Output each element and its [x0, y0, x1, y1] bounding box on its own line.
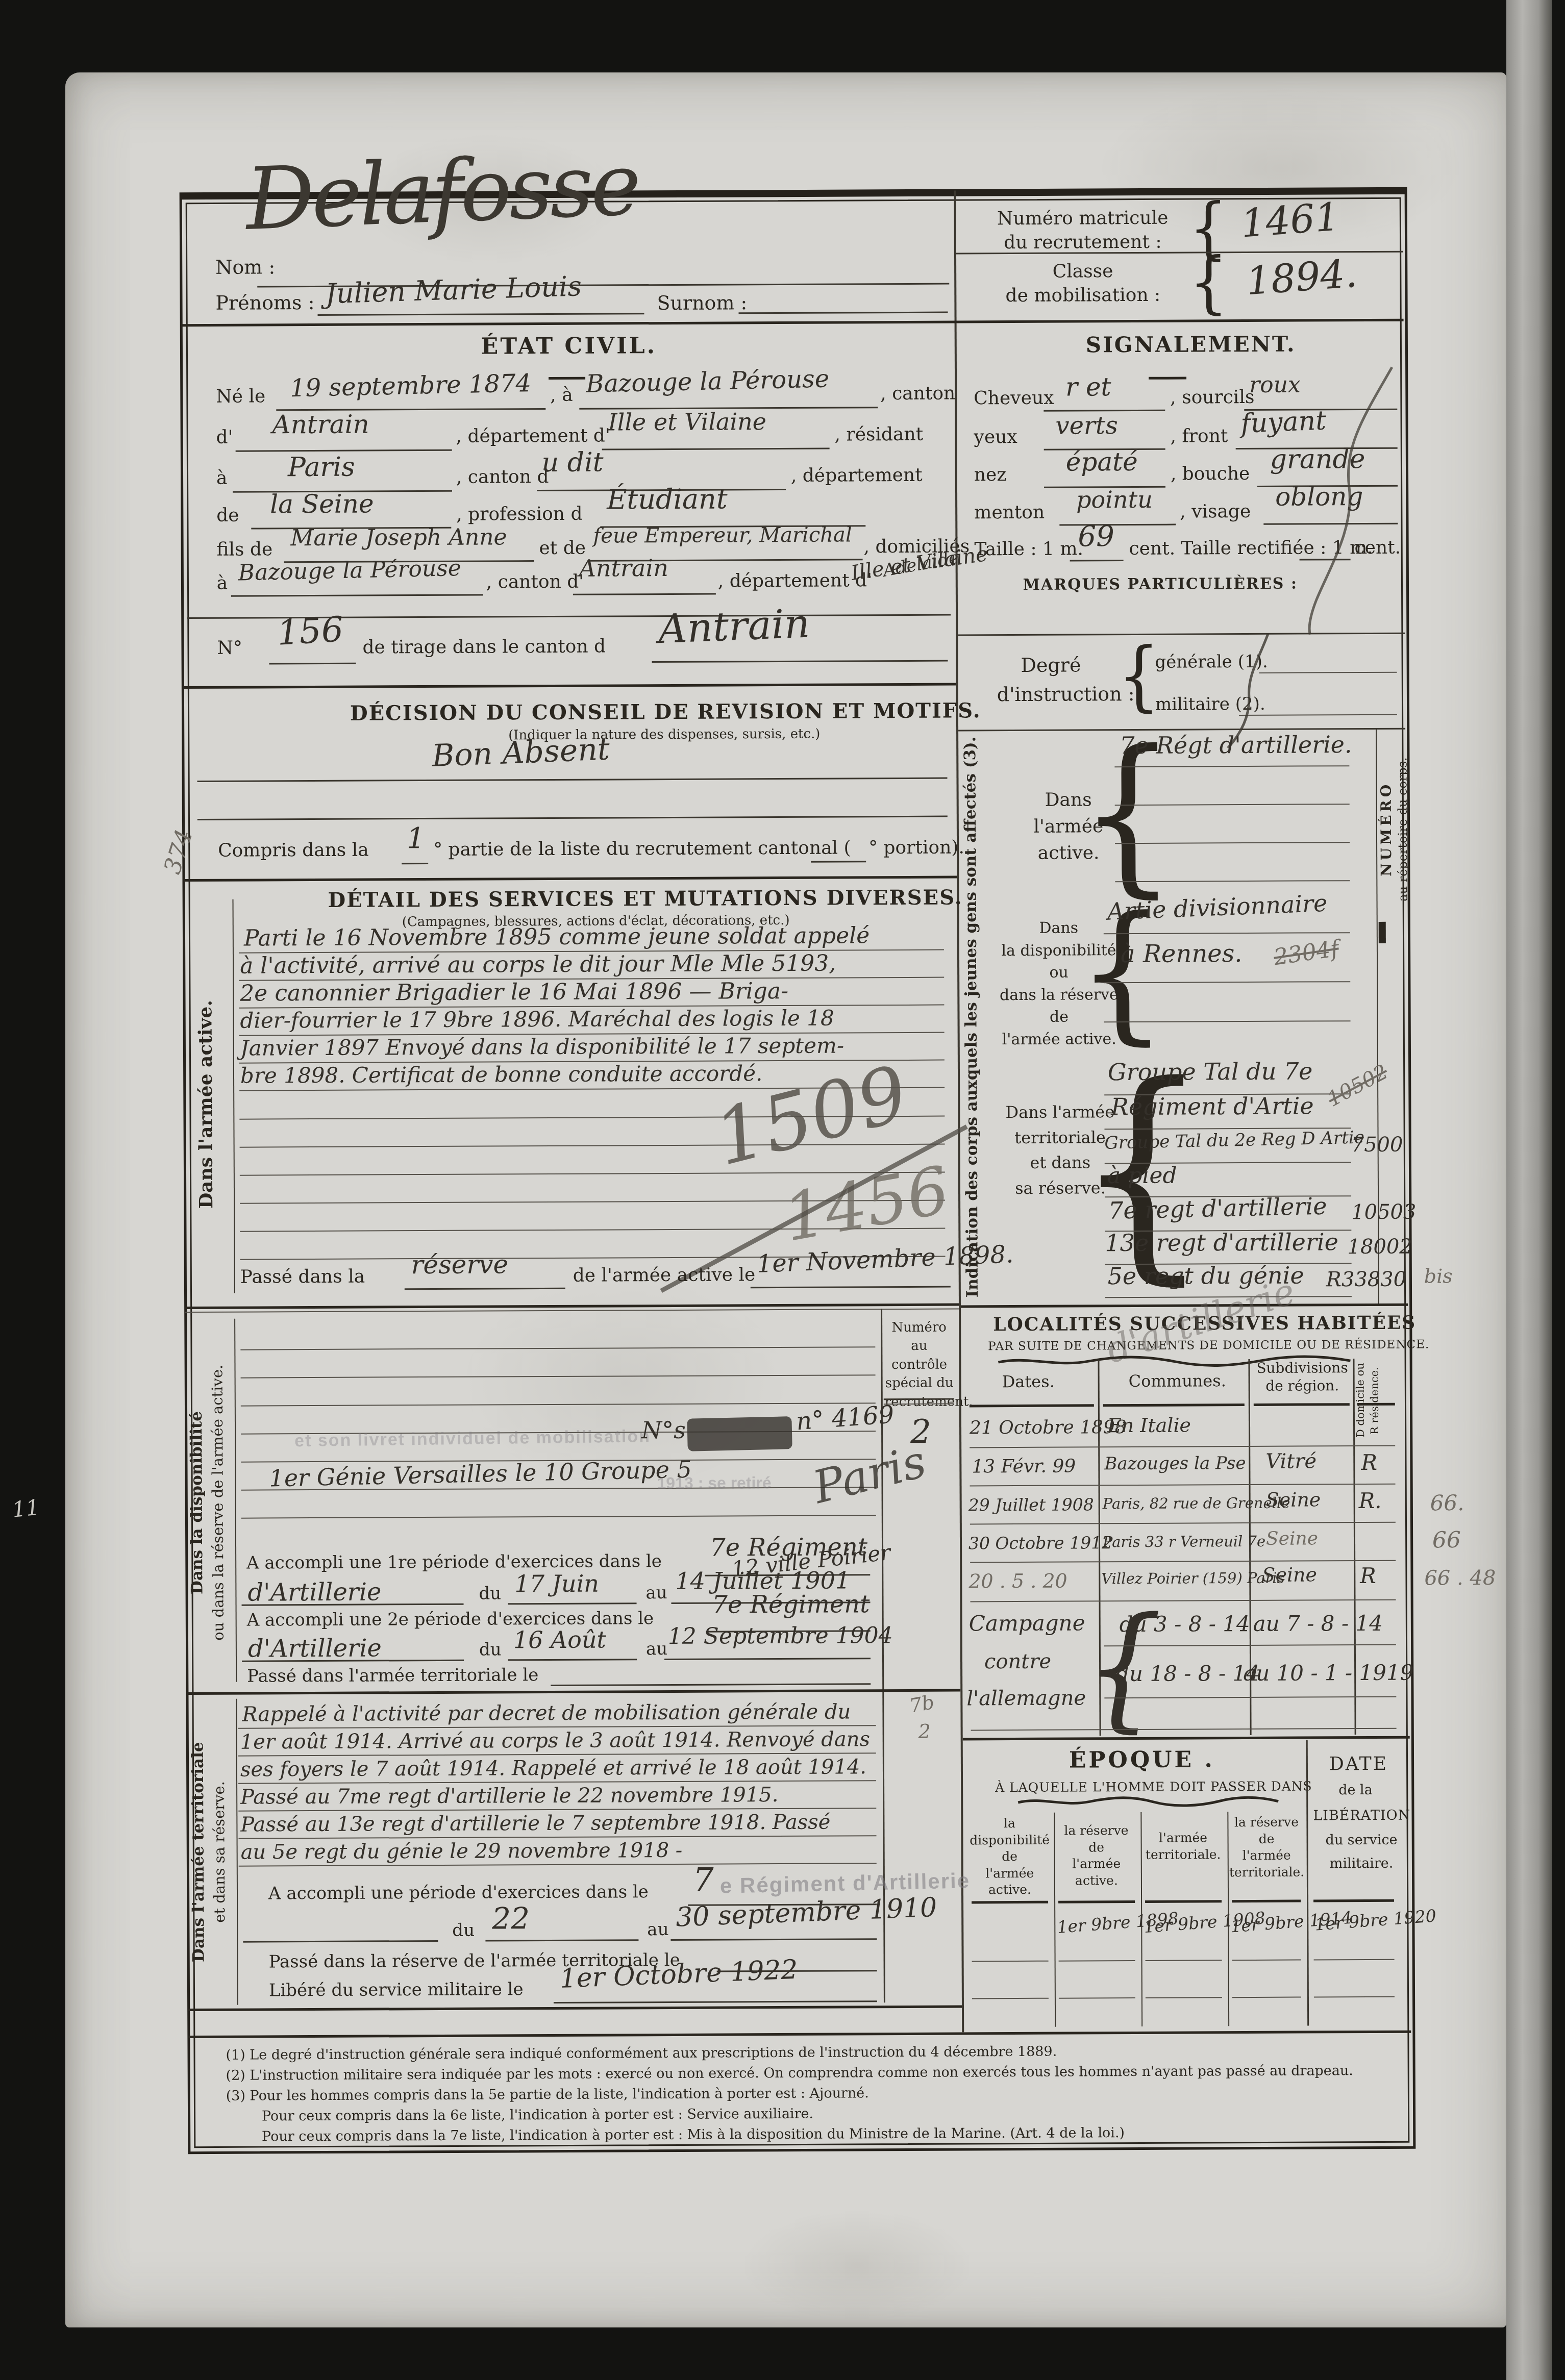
nom-value: Delafosse [244, 139, 640, 244]
compris-number: 1 [407, 824, 425, 854]
loc-row-margin: 66. [1430, 1492, 1464, 1514]
yeux-label: yeux [974, 427, 1017, 448]
side-divider [236, 1699, 238, 2005]
epoque-header-line [1313, 1899, 1394, 1902]
sourcils-label: , sourcils [1170, 387, 1254, 408]
numero-repertoire-label-1: NUMÉRO [1379, 737, 1394, 921]
surnom-underline [738, 312, 948, 314]
d-label: d' [216, 427, 233, 448]
corps-terr-number-5: R33830 [1326, 1269, 1407, 1291]
epoque-row-line [1314, 1959, 1395, 1961]
epoque-col1-header: la disponibilité de l'armée active. [968, 1815, 1051, 1898]
periode1-label: A accompli une 1re période d'exercices d… [246, 1551, 662, 1573]
loc-row-commune: Paris 33 r Verneuil 7e [1103, 1534, 1265, 1550]
loc-row-date: 21 Octobre 1898 [970, 1418, 1127, 1438]
terr-side-label-1: Dans l'armée territoriale [190, 1701, 207, 2002]
col-subdiv-header: Subdivisions de région. [1255, 1359, 1349, 1395]
prenoms-label: Prénoms : [215, 292, 314, 315]
line [402, 863, 428, 864]
birth-place: Bazouge la Pérouse [586, 366, 830, 397]
terr-periode-from: 22 [492, 1903, 530, 1934]
au-label: au [647, 1920, 668, 1940]
line [241, 1515, 876, 1518]
au-label: au [646, 1639, 667, 1659]
terr-side-label-2: et dans sa réserve. [211, 1701, 228, 2002]
numero-4169: n° 4169 [795, 1401, 895, 1435]
section-line-inner [185, 1308, 959, 1313]
classe-value: 1894. [1245, 253, 1359, 302]
terr-line-3: ses foyers le 7 août 1914. Rappelé et ar… [240, 1756, 866, 1780]
loc-row-subdiv: Seine [1266, 1490, 1321, 1510]
epoque-col3-header: l'armée territoriale. [1142, 1830, 1224, 1863]
terr-periode-label: A accompli une période d'exercices dans … [268, 1882, 649, 1903]
margin-number: 374 [160, 826, 197, 876]
canton2-value: u dit [542, 449, 604, 477]
loc-row-subdiv: Seine [1262, 1565, 1317, 1585]
epoque-header-line [1145, 1900, 1222, 1903]
tirage-label: de tirage dans le canton d [362, 636, 606, 658]
col-dr-header-1: D domicile ou [1355, 1361, 1366, 1440]
periode2-to: 12 Septembre 1904 [668, 1624, 893, 1648]
controle-label: Numéro au contrôle spécial du recrutemen… [884, 1318, 954, 1412]
section-line [187, 1689, 960, 1695]
campagne-label-2: contre [984, 1651, 1051, 1673]
compris-label-2: ° partie de la liste du recrutement cant… [433, 837, 851, 860]
epoque-col4-header: la réserve de l'armée territoriale. [1229, 1814, 1304, 1881]
loc-row-dr: R [1361, 1451, 1377, 1474]
comma-a: , à [550, 385, 573, 406]
marques-label: MARQUES PARTICULIÈRES : [1023, 575, 1298, 594]
signalement-title: SIGNALEMENT. [1086, 332, 1296, 358]
tirage-number: 156 [276, 611, 344, 652]
classe-label: Classe de mobilisation : [981, 260, 1185, 308]
service-line-1: Parti le 16 Novembre 1895 comme jeune so… [244, 924, 870, 950]
matricule-label: Numéro matricule du recrutement : [981, 207, 1185, 255]
a-label: à [216, 468, 228, 489]
cheveux-value: r et [1065, 373, 1111, 400]
table-row-line [970, 1522, 1396, 1525]
corps-terr-value-4: 13e regt d'artillerie [1105, 1230, 1338, 1255]
footnote-3: (3) Pour les hommes compris dans la 5e p… [226, 2085, 869, 2104]
campagne-row1-du: du 3 - 8 - 14 [1120, 1613, 1250, 1636]
canton3-value: Antrain [579, 556, 668, 581]
margin-bis: bis [1424, 1266, 1453, 1287]
periode2-from: 16 Août [513, 1627, 606, 1652]
line [231, 594, 483, 597]
compris-label: Compris dans la [218, 840, 369, 862]
nom-label: Nom : [215, 256, 275, 279]
date-header-1: DATE [1329, 1753, 1388, 1775]
nez-label: nez [974, 464, 1007, 486]
table-header-line [1103, 1404, 1245, 1407]
loc-row-date: 13 Févr. 99 [972, 1457, 1076, 1476]
scanned-register-page: { "misc": { "brace": "{", "left_mark": "… [0, 0, 1565, 2380]
line [551, 1683, 871, 1686]
etat-civil-title: ÉTAT CIVIL. [481, 333, 657, 360]
section-line [183, 876, 957, 882]
terr-line-4: Passé au 7me regt d'artillerie le 22 nov… [240, 1784, 778, 1808]
classe-brace: { [1189, 249, 1228, 316]
cheveux-label: Cheveux [974, 388, 1054, 409]
terr-line-2: 1er août 1914. Arrivé au corps le 3 août… [240, 1728, 871, 1752]
taille-label: Taille : 1 m. [974, 538, 1083, 560]
periode2-regiment: 7e Régiment [712, 1591, 870, 1618]
loc-row-dr: R. [1359, 1490, 1382, 1512]
periode1-artillerie: d'Artillerie [247, 1579, 381, 1606]
residence-value: Paris [288, 454, 355, 482]
loc-row-commune: En Italie [1107, 1416, 1191, 1437]
line [197, 816, 948, 820]
loc-row-date: 30 Octobre 1912 [968, 1534, 1112, 1552]
dept-d2-label: , département d' [718, 570, 872, 592]
ink-blot [687, 1416, 792, 1451]
line [243, 1940, 438, 1943]
corps-terr-value-3: 7e regt d'artillerie [1108, 1194, 1327, 1223]
pen-flourish [1282, 355, 1406, 641]
stamp-1913: 1913 : se retiré [657, 1473, 771, 1493]
loc-row-margin: 66 . 48 [1424, 1567, 1496, 1589]
epoque-row-line [1232, 1997, 1301, 1998]
date-header-4: du service [1326, 1832, 1398, 1848]
corps-side-label: Indication des corps auxquels les jeunes… [962, 746, 981, 1297]
departement-label: , département [791, 465, 923, 487]
date-header-3: LIBÉRATION [1313, 1808, 1410, 1824]
loc-row-commune: Villez Poirier (159) Paris [1101, 1570, 1284, 1587]
epoque-row-line [972, 1998, 1049, 1999]
campagne-row2-au: au 10 - 1 - 1919 [1243, 1662, 1413, 1685]
epoque-row-line [1232, 1960, 1301, 1961]
nez-value: épaté [1066, 448, 1138, 475]
corps-dispo-value-2: à Rennes. [1121, 941, 1243, 967]
prenoms-value: Julien Marie Louis [325, 272, 582, 309]
de-label: de [216, 505, 239, 527]
campagne-label-3: l'allemagne [966, 1687, 1086, 1709]
line [508, 1602, 637, 1605]
degre-brace: { [1117, 637, 1160, 714]
line [1070, 560, 1124, 561]
du-label: du [479, 1584, 501, 1604]
dept-label: , département d' [456, 425, 610, 447]
epoque-row-line [1146, 1960, 1222, 1961]
loc-row-date: 20 . 5 . 20 [968, 1571, 1067, 1592]
degre-label-1: Degré [1021, 654, 1081, 677]
loc-row-commune: Bazouges la Pse [1104, 1455, 1246, 1473]
service-line-3: 2e canonnier Brigadier le 16 Mai 1896 — … [240, 980, 788, 1006]
loc-row-subdiv: Vitré [1265, 1450, 1316, 1472]
date-header-2: de la [1338, 1782, 1373, 1798]
epoque-row-line [1146, 1997, 1222, 1998]
line [269, 663, 356, 665]
loc-row-dr: R [1360, 1565, 1376, 1587]
side-divider [234, 1319, 237, 1682]
terr-periode-7: 7 [693, 1864, 714, 1898]
numero-repertoire-label-2: au répertoire du corps. [1396, 735, 1409, 924]
epoque-header-line [1232, 1900, 1301, 1903]
pere-value: Marie Joseph Anne [290, 525, 507, 550]
label-end-mark [1379, 922, 1386, 943]
line [241, 1374, 876, 1378]
corps-terr-number-1-struck: 10502 [1324, 1061, 1392, 1110]
fils-de-label: fils de [216, 539, 272, 560]
table-header-line [1254, 1403, 1350, 1406]
dept-value: Ille et Vilaine [608, 409, 766, 435]
terr-periode-to: 30 septembre 1910 [675, 1894, 937, 1932]
corps-active-value: 7e Régt d'artillerie. [1120, 732, 1352, 758]
nos-annotation: N°s [641, 1418, 686, 1443]
tirage-canton: Antrain [658, 604, 811, 651]
epoque-row-line [1059, 1960, 1135, 1962]
terr-line-5: Passé au 13e regt d'artillerie le 7 sept… [240, 1812, 830, 1836]
surnom-label: Surnom : [657, 292, 747, 314]
footnote-1: (1) Le degré d'instruction générale sera… [226, 2044, 1057, 2063]
margin-note-b: 2 [918, 1722, 931, 1742]
epoque-row-line [972, 1961, 1049, 1962]
loc-row-margin: 66 [1432, 1529, 1461, 1552]
passe-reserve-label-2: de l'armée active le [573, 1264, 756, 1286]
campagne-row1-au: au 7 - 8 - 14 [1253, 1612, 1383, 1635]
line [554, 2000, 877, 2003]
date-header-5: militaire. [1330, 1856, 1394, 1872]
front-label: , front [1170, 425, 1228, 447]
line [602, 448, 830, 450]
dispo-side-label-1: Dans la disponibilité [188, 1329, 206, 1676]
controle-rule [884, 1398, 954, 1400]
periode2-artillerie: d'Artillerie [248, 1635, 382, 1662]
periode1-from: 17 Juin [514, 1571, 599, 1596]
decision-value: Bon Absent [431, 733, 610, 772]
line [670, 1938, 877, 1941]
line [811, 861, 866, 862]
visage-label: , visage [1180, 501, 1251, 522]
taille-value: 69 [1078, 522, 1114, 552]
line [751, 1286, 951, 1289]
epoque-header-line [1058, 1900, 1135, 1903]
compris-label-3: ° portion). [868, 837, 964, 858]
table-row-line [970, 1560, 1396, 1563]
libere-label: Libéré du service militaire le [269, 1980, 524, 2000]
passe-territoriale-label: Passé dans l'armée territoriale le [247, 1665, 538, 1687]
epoque-col2-header: la réserve de l'armée active. [1055, 1822, 1137, 1889]
degre-label-2: d'instruction : [997, 683, 1135, 706]
section-line [963, 1736, 1410, 1741]
matricule-value: 1461 [1239, 196, 1341, 244]
service-line-4: dier-fourrier le 17 9bre 1896. Maréchal … [240, 1007, 834, 1032]
epoque-subtitle: À LAQUELLE L'HOMME DOIT PASSER DANS [995, 1780, 1301, 1795]
service-line-5: Janvier 1897 Envoyé dans la disponibilit… [240, 1034, 844, 1059]
residant-label: , résidant [834, 424, 923, 445]
detail-title: DÉTAIL DES SERVICES ET MUTATIONS DIVERSE… [328, 886, 962, 912]
line [241, 1402, 876, 1406]
du-label: du [452, 1921, 475, 1941]
service-line-2: à l'activité, arrivé au corps le dit jou… [240, 952, 836, 978]
epoque-row-line [1059, 1997, 1135, 1999]
margin-note-a: 7b [908, 1692, 936, 1717]
line [405, 1288, 565, 1290]
footnote-2: (2) L'instruction militaire sera indiqué… [226, 2063, 1353, 2084]
registry-number-new: 1456 [779, 1156, 954, 1253]
paris-annotation: Paris [808, 1438, 930, 1511]
decision-title: DÉCISION DU CONSEIL DE REVISION ET MOTIF… [350, 699, 981, 725]
dept2-value: la Seine [270, 490, 374, 517]
corps-terr-value-1b: Régiment d'Artie [1111, 1093, 1314, 1119]
menton-label: menton [974, 502, 1045, 523]
section-line [183, 683, 956, 689]
section-line [185, 1303, 959, 1309]
corps-terr-number-2: 7500 [1351, 1134, 1403, 1156]
bouche-label: , bouche [1171, 463, 1250, 485]
canton-d-label: , canton d [456, 466, 549, 488]
domicile-value: Bazouge la Pérouse [238, 557, 461, 585]
line [652, 660, 948, 663]
col-communes-header: Communes. [1129, 1371, 1226, 1391]
birth-date: 19 septembre 1874 [290, 370, 532, 402]
footnote-5: Pour ceux compris dans la 7e liste, l'in… [262, 2125, 1125, 2144]
canton-value: Antrain [272, 411, 369, 438]
dispo-side-label-2: ou dans la réserve de l'armée active. [210, 1324, 226, 1681]
corps-dispo-number-struck: 2304f [1272, 937, 1340, 970]
ne-le-label: Né le [216, 386, 265, 407]
line [240, 1346, 875, 1350]
line [508, 1659, 637, 1661]
menton-value: pointu [1076, 487, 1153, 512]
line [485, 1939, 638, 1941]
corps-terr-value-2: Groupe Tal du 2e Reg D Artie [1104, 1129, 1364, 1153]
section-line [188, 2005, 962, 2011]
footnote-4: Pour ceux compris dans la 6e liste, l'in… [262, 2106, 813, 2124]
corps-terr-number-4: 18002 [1347, 1236, 1412, 1258]
tirage-no-label: N° [217, 638, 242, 659]
armee-active-side-label: Dans l'armée active. [196, 941, 216, 1268]
yeux-value: verts [1055, 413, 1118, 439]
a2-label: à [217, 573, 228, 594]
canton-label: , canton [880, 383, 955, 405]
line [1059, 524, 1176, 526]
table-header-line [1357, 1403, 1395, 1406]
service-line-6: bre 1898. Certificat de bonne conduite a… [240, 1062, 763, 1087]
table-row-line [971, 1599, 1396, 1602]
mere-value: feue Empereur, Marichal [593, 524, 852, 546]
terr-line-6: au 5e regt du génie le 29 novembre 1918 … [241, 1840, 683, 1863]
table-header-line [970, 1404, 1094, 1407]
col-dates-header: Dates. [1002, 1372, 1055, 1391]
line [664, 1658, 871, 1660]
corps-terr-number-3: 10503 [1351, 1201, 1416, 1223]
canton-d2-label: , canton d' [486, 571, 584, 593]
corps-terr-value-2b: à pied [1107, 1164, 1177, 1188]
mobilisation-stamp: et son livret individuel de mobilisation [294, 1426, 651, 1451]
title-rule [549, 377, 585, 380]
squiggle-divider [1015, 1795, 1281, 1808]
du-label: du [479, 1640, 502, 1660]
passe-reserve-value: réserve [411, 1251, 509, 1278]
terr-line-1: Rappelé à l'activité par decret de mobil… [242, 1701, 851, 1725]
campagne-label-1: Campagne [969, 1612, 1085, 1635]
col-dr-header-2: R résidence. [1369, 1363, 1380, 1439]
epoque-title: ÉPOQUE . [1069, 1747, 1215, 1773]
side-divider [233, 899, 235, 1293]
profession-label: , profession d [456, 504, 582, 525]
table-row-line [971, 1728, 1397, 1731]
footnotes-top-line [188, 2031, 1411, 2038]
form-content: Nom : Delafosse Prénoms : Julien Marie L… [0, 0, 1565, 2380]
epoque-header-line [972, 1901, 1048, 1904]
epoque-row-line [1314, 1996, 1395, 1998]
periode1-regiment: 7e Régiment [710, 1534, 867, 1561]
title-rule [1149, 377, 1186, 380]
loc-row-commune: Paris, 82 rue de Grenelle [1103, 1495, 1290, 1512]
campagne-row2-du: du 18 - 8 - 14 [1115, 1662, 1260, 1685]
prenoms-underline [318, 313, 644, 316]
table-row-line [970, 1484, 1396, 1487]
passe-reserve-label: Passé dans la [240, 1266, 365, 1288]
profession-value: Étudiant [607, 485, 728, 514]
loc-row-date: 29 Juillet 1908 [968, 1496, 1094, 1514]
line [197, 778, 947, 782]
loc-row-subdiv: Seine [1266, 1529, 1318, 1548]
table-row-line [970, 1445, 1395, 1448]
au-label: au [645, 1583, 667, 1603]
corps-terr-value-1a: Groupe Tal du 7e [1108, 1059, 1313, 1084]
line [573, 593, 716, 595]
